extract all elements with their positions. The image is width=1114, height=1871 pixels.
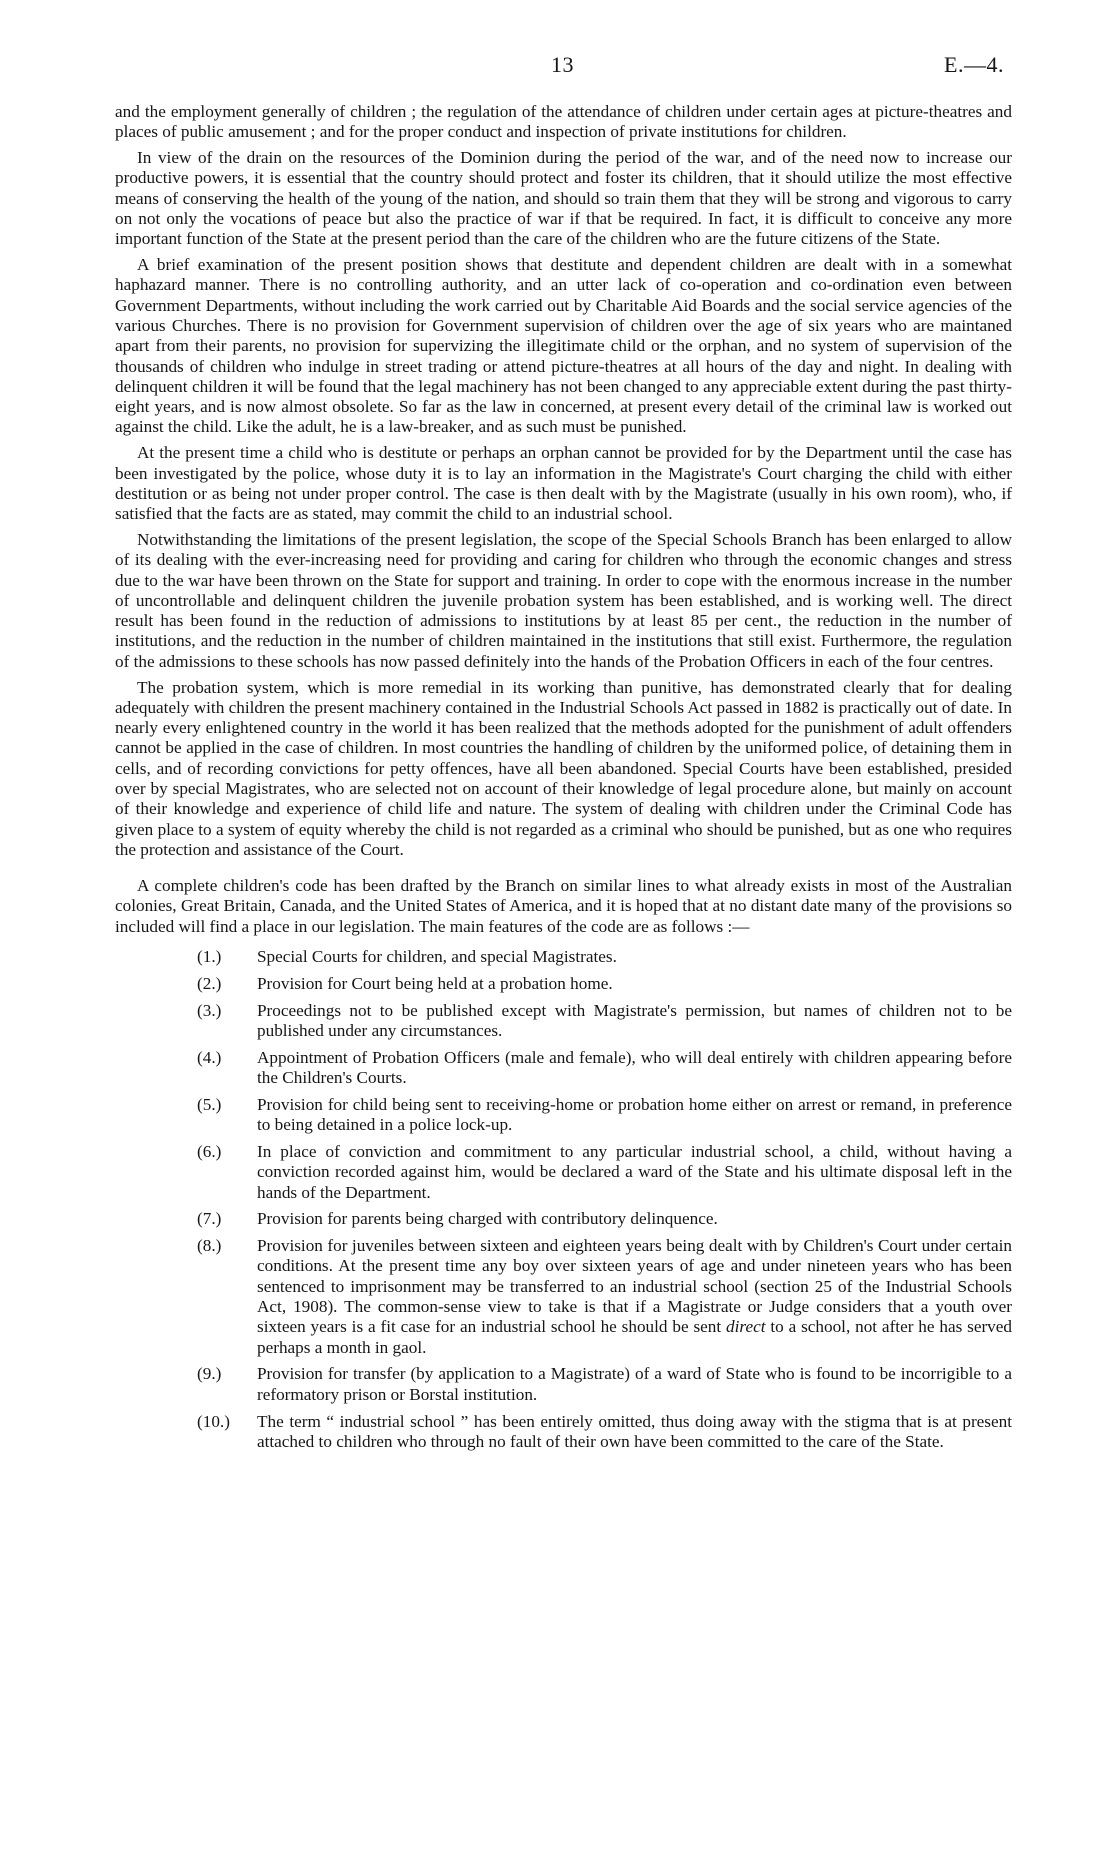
page-header: 13 E.—4. — [0, 52, 1114, 82]
list-item-text: Special Courts for children, and special… — [257, 947, 1012, 967]
list-item-number: (10.) — [197, 1412, 253, 1432]
paragraph-present-position: A brief examination of the present posit… — [115, 255, 1012, 438]
list-item: (8.) Provision for juveniles between six… — [197, 1236, 1012, 1358]
paragraph-special-schools-branch: Notwithstanding the limitations of the p… — [115, 530, 1012, 672]
list-item: (5.) Provision for child being sent to r… — [197, 1095, 1012, 1136]
list-item-number: (7.) — [197, 1209, 237, 1229]
paragraph-national-importance: In view of the drain on the resources of… — [115, 148, 1012, 249]
list-item-number: (4.) — [197, 1048, 237, 1068]
list-item-number: (6.) — [197, 1142, 237, 1162]
list-item-number: (2.) — [197, 974, 237, 994]
list-item-number: (1.) — [197, 947, 237, 967]
list-item-text: The term “ industrial school ” has been … — [257, 1412, 1012, 1453]
paragraph-continuation: and the employment generally of children… — [115, 102, 1012, 143]
document-reference: E.—4. — [944, 52, 1004, 78]
list-item-number: (8.) — [197, 1236, 237, 1256]
list-item-text: Provision for transfer (by application t… — [257, 1364, 1012, 1405]
page-number: 13 — [551, 52, 574, 78]
list-item: (6.) In place of conviction and commitme… — [197, 1142, 1012, 1203]
list-item-text: Provision for child being sent to receiv… — [257, 1095, 1012, 1136]
list-item: (2.) Provision for Court being held at a… — [197, 974, 1012, 994]
paragraph-probation-system: The probation system, which is more reme… — [115, 678, 1012, 861]
list-item-text: Provision for Court being held at a prob… — [257, 974, 1012, 994]
document-body: and the employment generally of children… — [115, 102, 1012, 1459]
list-item: (1.) Special Courts for children, and sp… — [197, 947, 1012, 967]
emphasis-direct: direct — [726, 1317, 765, 1336]
list-item: (4.) Appointment of Probation Officers (… — [197, 1048, 1012, 1089]
list-item: (7.) Provision for parents being charged… — [197, 1209, 1012, 1229]
list-item: (3.) Proceedings not to be published exc… — [197, 1001, 1012, 1042]
list-item-number: (3.) — [197, 1001, 237, 1021]
list-item-text: Appointment of Probation Officers (male … — [257, 1048, 1012, 1089]
list-item: (10.) The term “ industrial school ” has… — [197, 1412, 1012, 1453]
list-item-number: (5.) — [197, 1095, 237, 1115]
paragraph-destitute-procedure: At the present time a child who is desti… — [115, 443, 1012, 524]
list-item: (9.) Provision for transfer (by applicat… — [197, 1364, 1012, 1405]
list-item-text: In place of conviction and commitment to… — [257, 1142, 1012, 1203]
paragraph-childrens-code: A complete children's code has been draf… — [115, 876, 1012, 937]
list-item-text: Proceedings not to be published except w… — [257, 1001, 1012, 1042]
list-item-number: (9.) — [197, 1364, 237, 1384]
code-features-list: (1.) Special Courts for children, and sp… — [115, 947, 1012, 1452]
list-item-text: Provision for parents being charged with… — [257, 1209, 1012, 1229]
list-item-text: Provision for juveniles between sixteen … — [257, 1236, 1012, 1358]
